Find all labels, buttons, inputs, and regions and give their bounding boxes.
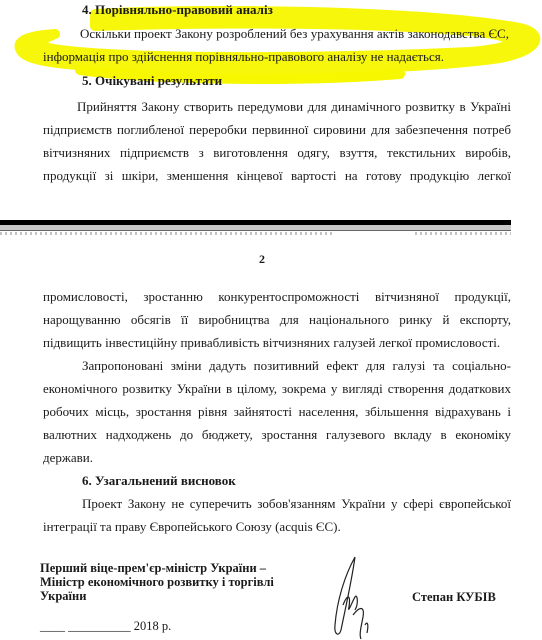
signatory-position: Перший віце-прем'єр-міністр України – Мі…: [40, 561, 274, 603]
signatory-name: Степан КУБІВ: [412, 589, 496, 605]
paragraph-line: Запропоновані зміни дадуть позитивний еф…: [82, 358, 511, 374]
paragraph-line: нарощуванню обсягів її виробництва для н…: [43, 312, 511, 328]
paragraph-line: робочих місць, зростання рівня зайнятост…: [43, 404, 511, 420]
paragraph-line: інтеграції та праву Європейського Союзу …: [43, 519, 341, 535]
paragraph-line: економічного розвитку України в цілому, …: [43, 381, 511, 397]
paragraph-line: підприємств поглибленої переробки первин…: [43, 122, 511, 138]
section-6-title: 6. Узагальнений висновок: [82, 473, 236, 489]
section-4-text-line: інформація про здійснення порівняльно-пр…: [43, 49, 444, 65]
paragraph-line: вітчизняних підприємств з виготовлення о…: [43, 145, 511, 161]
paragraph-line: Прийняття Закону створить передумови для…: [77, 99, 511, 115]
paragraph-line: Проект Закону не суперечить зобов'язання…: [82, 496, 511, 512]
position-line: України: [40, 589, 274, 603]
position-line: Перший віце-прем'єр-міністр України –: [40, 561, 274, 575]
paragraph-line: промисловості, зростанню конкурентоспром…: [43, 289, 511, 305]
paragraph-line: держави.: [43, 450, 93, 466]
page-break-divider-shadow: [0, 225, 511, 231]
scan-noise: [0, 232, 335, 235]
paragraph-line: валютних надходжень до бюджету, зростанн…: [43, 427, 511, 443]
paragraph-line: продукції зі шкіри, зменшення кінцевої в…: [43, 168, 511, 184]
section-4-title: 4. Порівняльно-правовий аналіз: [82, 2, 273, 18]
date-line: ____ __________ 2018 р.: [40, 618, 171, 634]
section-4-text-line: Оскільки проект Закону розроблений без у…: [80, 26, 511, 42]
position-line: Міністр економічного розвитку і торгівлі: [40, 575, 274, 589]
scan-noise: [415, 232, 511, 235]
handwritten-signature: [325, 555, 385, 640]
paragraph-line: підвищить інвестиційну привабливість віт…: [43, 335, 500, 351]
section-5-title: 5. Очікувані результати: [82, 73, 222, 89]
page-number: 2: [259, 252, 265, 267]
